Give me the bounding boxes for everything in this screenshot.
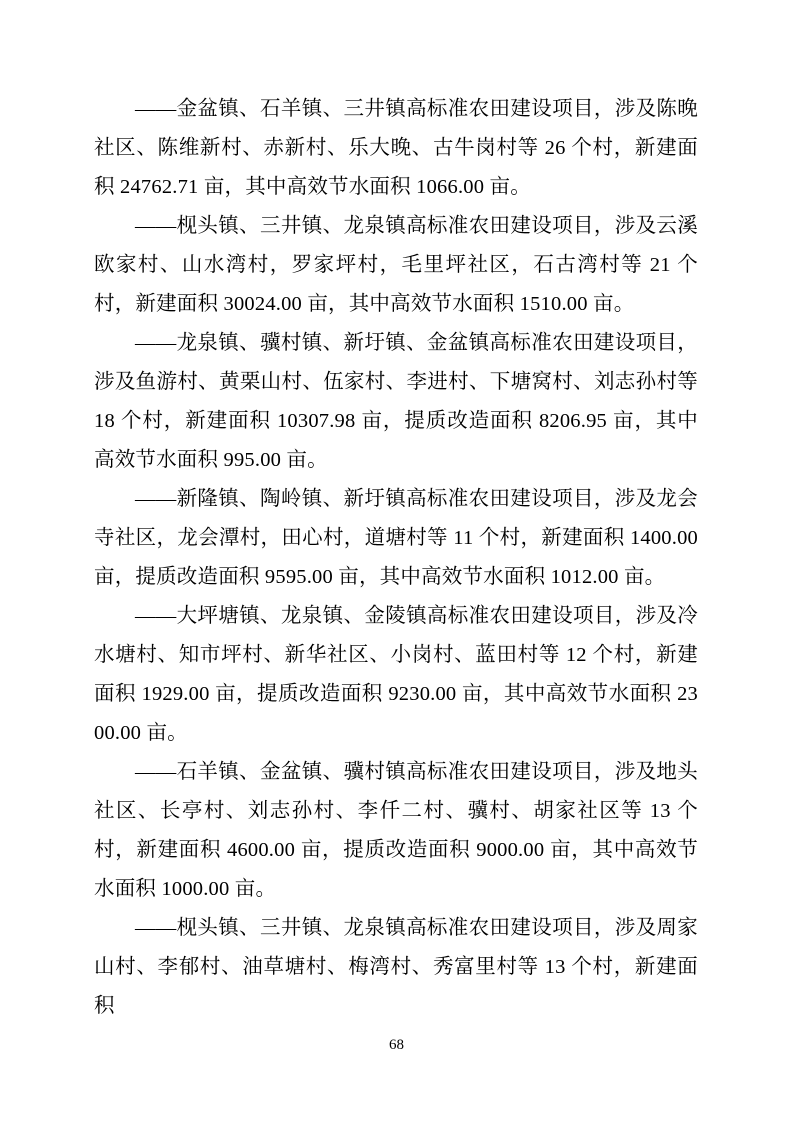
page-number: 68	[0, 1036, 793, 1054]
paragraph-7: ——枧头镇、三井镇、龙泉镇高标准农田建设项目，涉及周家山村、李郁村、油草塘村、梅…	[94, 909, 698, 1026]
document-body: ——金盆镇、石羊镇、三井镇高标准农田建设项目，涉及陈晚社区、陈维新村、赤新村、乐…	[94, 90, 698, 1026]
paragraph-2: ——枧头镇、三井镇、龙泉镇高标准农田建设项目，涉及云溪欧家村、山水湾村，罗家坪村…	[94, 207, 698, 324]
paragraph-3: ——龙泉镇、骥村镇、新圩镇、金盆镇高标准农田建设项目，涉及鱼游村、黄栗山村、伍家…	[94, 324, 698, 480]
paragraph-6: ——石羊镇、金盆镇、骥村镇高标准农田建设项目，涉及地头社区、长亭村、刘志孙村、李…	[94, 753, 698, 909]
paragraph-1: ——金盆镇、石羊镇、三井镇高标准农田建设项目，涉及陈晚社区、陈维新村、赤新村、乐…	[94, 90, 698, 207]
paragraph-5: ——大坪塘镇、龙泉镇、金陵镇高标准农田建设项目，涉及冷水塘村、知市坪村、新华社区…	[94, 597, 698, 753]
document-page: ——金盆镇、石羊镇、三井镇高标准农田建设项目，涉及陈晚社区、陈维新村、赤新村、乐…	[0, 0, 793, 1122]
paragraph-4: ——新隆镇、陶岭镇、新圩镇高标准农田建设项目，涉及龙会寺社区，龙会潭村，田心村，…	[94, 480, 698, 597]
